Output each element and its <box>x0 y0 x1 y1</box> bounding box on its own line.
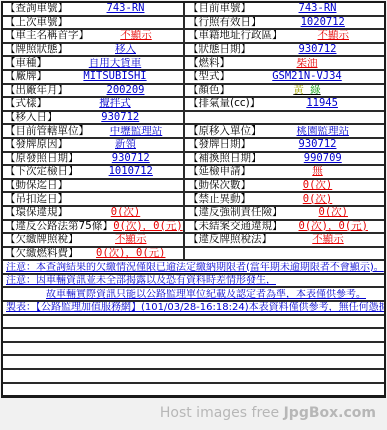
field-value: 930712 <box>251 44 384 55</box>
field-cell: 【補換照日期】990709 <box>185 153 384 165</box>
empty-row <box>3 356 384 370</box>
field-value: 1020712 <box>262 17 385 28</box>
field-cell: 【違反公路法第75條】0(次)，0(元) <box>3 221 185 233</box>
table-row: 【原發照日期】930712【補換照日期】990709 <box>3 153 384 167</box>
table-row: 【車種】自用大貨車【燃料】柴油 <box>3 57 384 71</box>
field-label: 【查詢車號】 <box>5 3 68 14</box>
field-label: 【違反牌照稅法】 <box>188 234 272 245</box>
field-cell: 【禁止異動】0(次) <box>185 193 384 205</box>
field-label: 【違反強制責任險】 <box>188 207 283 218</box>
field-cell: 【型式】GSM21N-VJ34 <box>185 71 384 83</box>
field-label: 【目前車號】 <box>188 3 251 14</box>
table-row: 【環保違規】0(次)【違反強制責任險】0(次) <box>3 207 384 221</box>
field-value: 攪拌式 <box>47 98 183 109</box>
field-value: MITSUBISHI <box>47 71 183 82</box>
table-row: 【牌照狀態】移入【狀態日期】930712 <box>3 44 384 58</box>
field-cell: 【發牌日期】930712 <box>185 139 384 151</box>
field-label: 【禁止異動】 <box>188 194 251 205</box>
field-cell: 【目前車號】743-RN <box>185 3 384 15</box>
watermark: Host images free JpgBox.com <box>160 404 376 422</box>
field-value: 743-RN <box>68 3 183 14</box>
field-label: 【上次車號】 <box>5 17 68 28</box>
field-value: 移入 <box>68 44 183 55</box>
note-text: 注意：本查詢結果的欠繳情況僅限已逾法定繳納期限者(當年期未逾期限者不會顯示)。 <box>6 262 384 273</box>
table-row: 【車主名稱首字】不顯示【車籍地址行政區】不顯示 <box>3 30 384 44</box>
field-label: 【型式】 <box>188 71 230 82</box>
field-cell: 【原移入單位】桃園監理站 <box>185 125 384 137</box>
field-cell: 【違反強制責任險】0(次) <box>185 207 384 219</box>
field-value: 中壢監理站 <box>89 126 183 137</box>
field-label: 【違反公路法第75條】 <box>5 221 113 232</box>
field-cell: 【環保違規】0(次) <box>3 207 185 219</box>
watermark-brand: JpgBox.com <box>284 405 376 421</box>
field-value: 743-RN <box>251 3 384 14</box>
field-label: 【廠牌】 <box>5 71 47 82</box>
field-value: 0(次)，0(元) <box>113 221 183 232</box>
field-value: 0(次) <box>251 194 384 205</box>
field-value: 新領 <box>68 139 183 150</box>
field-cell: 【發牌原因】新領 <box>3 139 185 151</box>
field-label: 【車主名稱首字】 <box>5 30 89 41</box>
field-cell: 【欠繳牌照稅】不顯示 <box>3 234 185 246</box>
field-cell: 【牌照狀態】移入 <box>3 44 185 56</box>
field-value: 自用大貨車 <box>47 58 183 69</box>
field-cell <box>185 248 384 260</box>
field-cell: 【未結案交通違規】0(次)，0(元) <box>185 221 384 233</box>
table-row: 【欠繳燃料費】0(次)，0(元) <box>3 248 384 262</box>
field-cell: 【車種】自用大貨車 <box>3 57 185 69</box>
field-label: 【延檢申請】 <box>188 166 251 177</box>
field-value: 不顯示 <box>79 234 184 245</box>
empty-row <box>3 329 384 343</box>
field-label: 【目前管轄單位】 <box>5 126 89 137</box>
field-value: 黃 綠 <box>230 85 384 96</box>
field-value: 0(次) <box>283 207 385 218</box>
field-cell: 【動保次數】0(次) <box>185 180 384 192</box>
table-row: 【查詢車號】743-RN【目前車號】743-RN <box>3 3 384 17</box>
note-row: 注意：本查詢結果的欠繳情況僅限已逾法定繳納期限者(當年期未逾期限者不會顯示)。 <box>3 261 384 275</box>
table-row: 【上次車號】【行照有效日】1020712 <box>3 17 384 31</box>
field-value: 無 <box>251 166 384 177</box>
field-cell: 【顏色】黃 綠 <box>185 85 384 97</box>
empty-row <box>3 370 384 384</box>
field-cell <box>185 112 384 124</box>
field-cell: 【原發照日期】930712 <box>3 153 185 165</box>
field-label: 【下次定檢日】 <box>5 166 79 177</box>
field-value: 桃園監理站 <box>262 126 385 137</box>
field-cell: 【目前管轄單位】中壢監理站 <box>3 125 185 137</box>
table-row: 【違反公路法第75條】0(次)，0(元)【未結案交通違規】0(次)，0(元) <box>3 221 384 235</box>
field-cell: 【延檢申請】無 <box>185 166 384 178</box>
vehicle-registration-table: 【查詢車號】743-RN【目前車號】743-RN【上次車號】【行照有效日】102… <box>1 1 386 398</box>
field-cell: 【行照有效日】1020712 <box>185 17 384 29</box>
field-value: 0(次) <box>68 207 183 218</box>
field-value: 930712 <box>79 153 184 164</box>
table-row: 【發牌原因】新領【發牌日期】930712 <box>3 139 384 153</box>
field-value: 1010712 <box>79 166 184 177</box>
field-value: 11945 <box>260 98 384 109</box>
field-value: 柴油 <box>230 58 384 69</box>
field-label: 【狀態日期】 <box>188 44 251 55</box>
field-cell: 【上次車號】 <box>3 17 185 29</box>
field-label: 【動保次數】 <box>188 180 251 191</box>
note-text: 製表：【公路監理加值服務網】(101/03/28-16:18:24)本表資料僅供… <box>6 302 384 313</box>
field-label: 【原移入單位】 <box>188 126 262 137</box>
table-row: 【廠牌】MITSUBISHI【型式】GSM21N-VJ34 <box>3 71 384 85</box>
field-label: 【未結案交通違規】 <box>188 221 283 232</box>
field-value: 200209 <box>68 85 183 96</box>
field-label: 【吊扣迄日】 <box>5 194 68 205</box>
field-cell: 【廠牌】MITSUBISHI <box>3 71 185 83</box>
field-cell: 【吊扣迄日】 <box>3 193 185 205</box>
field-value: 990709 <box>262 153 385 164</box>
field-label: 【欠繳牌照稅】 <box>5 234 79 245</box>
field-cell: 【查詢車號】743-RN <box>3 3 185 15</box>
field-cell: 【燃料】柴油 <box>185 57 384 69</box>
field-label: 【車籍地址行政區】 <box>188 30 283 41</box>
field-value: 930712 <box>58 112 184 123</box>
field-cell: 【違反牌照稅法】不顯示 <box>185 234 384 246</box>
field-cell: 【移入日】930712 <box>3 112 185 124</box>
field-value: 0(次) <box>251 180 384 191</box>
field-cell: 【下次定檢日】1010712 <box>3 166 185 178</box>
field-label: 【發牌原因】 <box>5 139 68 150</box>
table-row: 【目前管轄單位】中壢監理站【原移入單位】桃園監理站 <box>3 125 384 139</box>
field-label: 【移入日】 <box>5 112 58 123</box>
field-value-part: 黃 <box>293 85 310 96</box>
field-value: 不顯示 <box>89 30 183 41</box>
field-label: 【補換照日期】 <box>188 153 262 164</box>
table-row: 【式樣】攪拌式【排氣量(cc)】11945 <box>3 98 384 112</box>
field-value: 0(次)，0(元) <box>283 221 385 232</box>
field-label: 【車種】 <box>5 58 47 69</box>
field-label: 【排氣量(cc)】 <box>188 98 260 109</box>
field-cell: 【車主名稱首字】不顯示 <box>3 30 185 42</box>
field-cell: 【動保迄日】 <box>3 180 185 192</box>
field-cell: 【式樣】攪拌式 <box>3 98 185 110</box>
empty-row <box>3 384 384 396</box>
table-row: 【移入日】930712 <box>3 112 384 126</box>
field-label: 【原發照日期】 <box>5 153 79 164</box>
field-label: 【欠繳燃料費】 <box>5 248 79 259</box>
note-row: 製表：【公路監理加值服務網】(101/03/28-16:18:24)本表資料僅供… <box>3 302 384 316</box>
field-label: 【環保違規】 <box>5 207 68 218</box>
note-row: 注意：因車輛資訊並未全部揭露以及恐有資料時差情形發生， <box>3 275 384 289</box>
field-cell: 【車籍地址行政區】不顯示 <box>185 30 384 42</box>
field-label: 【行照有效日】 <box>188 17 262 28</box>
field-cell: 【欠繳燃料費】0(次)，0(元) <box>3 248 185 260</box>
field-label: 【式樣】 <box>5 98 47 109</box>
field-label: 【動保迄日】 <box>5 180 68 191</box>
note-text: 故車輛實際資訊只能以公路監理單位紀載及認定者為準，本表僅供參考。 <box>6 289 366 300</box>
field-value: 不顯示 <box>283 30 385 41</box>
field-cell: 【出廠年月】200209 <box>3 85 185 97</box>
table-row: 【欠繳牌照稅】不顯示【違反牌照稅法】不顯示 <box>3 234 384 248</box>
field-cell: 【排氣量(cc)】11945 <box>185 98 384 110</box>
watermark-text: Host images free <box>160 405 284 421</box>
field-value: 930712 <box>251 139 384 150</box>
field-label: 【出廠年月】 <box>5 85 68 96</box>
empty-row <box>3 343 384 357</box>
note-text: 注意：因車輛資訊並未全部揭露以及恐有資料時差情形發生， <box>6 275 276 286</box>
field-value: 0(次)，0(元) <box>79 248 184 259</box>
field-label: 【燃料】 <box>188 58 230 69</box>
field-label: 【牌照狀態】 <box>5 44 68 55</box>
field-value: 不顯示 <box>272 234 384 245</box>
field-value-part: 綠 <box>310 85 321 96</box>
table-row: 【出廠年月】200209【顏色】黃 綠 <box>3 85 384 99</box>
table-row: 【下次定檢日】1010712【延檢申請】無 <box>3 166 384 180</box>
table-row: 【動保迄日】【動保次數】0(次) <box>3 180 384 194</box>
note-row: 故車輛實際資訊只能以公路監理單位紀載及認定者為準，本表僅供參考。 <box>3 288 384 302</box>
field-label: 【發牌日期】 <box>188 139 251 150</box>
field-cell: 【狀態日期】930712 <box>185 44 384 56</box>
field-value: GSM21N-VJ34 <box>230 71 384 82</box>
field-label: 【顏色】 <box>188 85 230 96</box>
empty-row <box>3 316 384 330</box>
table-row: 【吊扣迄日】【禁止異動】0(次) <box>3 193 384 207</box>
